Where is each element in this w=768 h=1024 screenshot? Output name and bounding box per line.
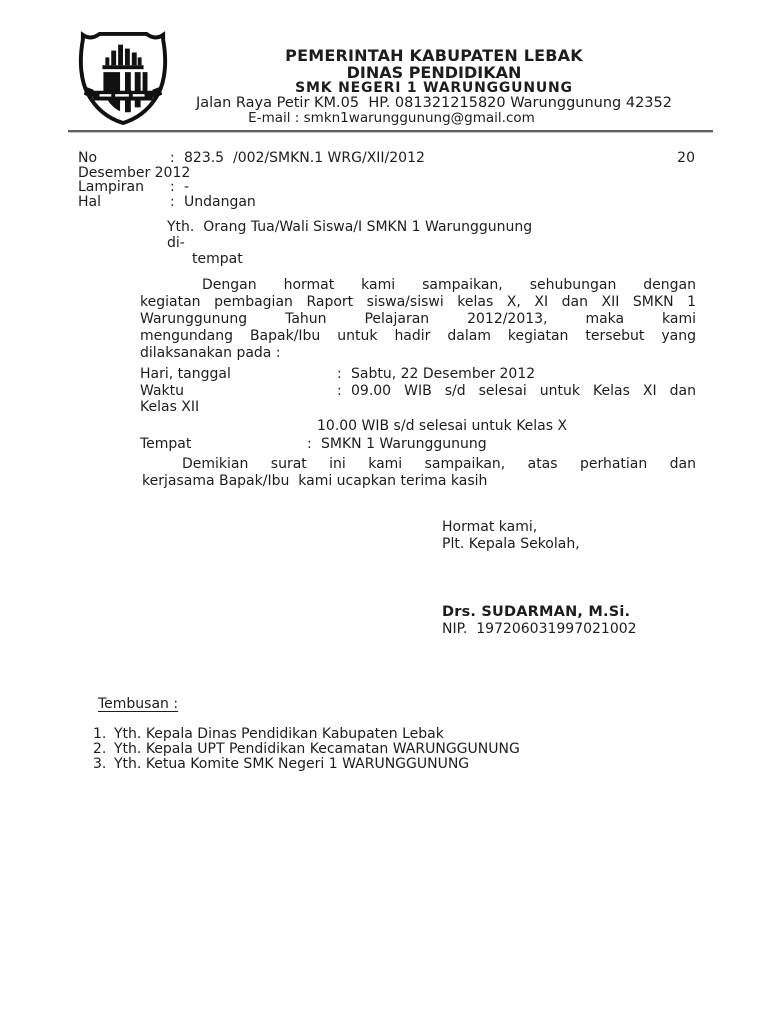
body-paragraph-1: Dengan hormat kami sampaikan, sehubungan… — [140, 277, 696, 362]
hari-label: Hari, tanggal — [140, 366, 337, 383]
colon: : — [307, 436, 321, 453]
letterhead-text: PEMERINTAH KABUPATEN LEBAK DINAS PENDIDI… — [155, 42, 713, 126]
item-number: 1. — [93, 727, 114, 742]
tembusan-item: 2. Yth. Kepala UPT Pendidikan Kecamatan … — [93, 742, 520, 757]
colon: : — [170, 180, 184, 195]
letterhead-address: Jalan Raya Petir KM.05 HP. 081321215820 … — [155, 96, 713, 111]
tembusan-block: Tembusan : 1. Yth. Kepala Dinas Pendidik… — [93, 697, 520, 772]
signature-block: Hormat kami, Plt. Kepala Sekolah, Drs. S… — [442, 519, 637, 638]
department-name: DINAS PENDIDIKAN — [155, 64, 713, 81]
signature-salutation: Hormat kami, — [442, 519, 637, 536]
recipient-block: Yth. Orang Tua/Wali Siswa/I SMKN 1 Warun… — [167, 219, 532, 267]
spacer — [425, 151, 677, 166]
waktu-value: 09.00 WIB s/d selesai untuk Kelas XI dan — [351, 383, 696, 400]
tempat-value: SMKN 1 Warunggunung — [321, 436, 487, 453]
schedule-wrap-line: Kelas XII — [140, 399, 696, 416]
government-name: PEMERINTAH KABUPATEN LEBAK — [155, 42, 713, 64]
item-text: Yth. Kepala Dinas Pendidikan Kabupaten L… — [114, 727, 444, 742]
paragraph-line: kerjasama Bapak/Ibu kami ucapkan terima … — [142, 473, 696, 490]
hal-label: Hal — [78, 195, 170, 210]
letter-page: PEMERINTAH KABUPATEN LEBAK DINAS PENDIDI… — [0, 0, 768, 1024]
lampiran-value: - — [184, 180, 189, 195]
item-number: 3. — [93, 757, 114, 772]
item-text: Yth. Ketua Komite SMK Negeri 1 WARUNGGUN… — [114, 757, 469, 772]
hari-value: Sabtu, 22 Desember 2012 — [351, 366, 535, 383]
paragraph-line: kegiatan pembagian Raport siswa/siswi ke… — [140, 294, 696, 311]
colon: : — [337, 366, 351, 383]
letter-date-day: 20 — [677, 151, 695, 166]
closing-paragraph: Demikian surat ini kami sampaikan, atas … — [142, 456, 696, 490]
letter-number-row: No : 823.5 /002/SMKN.1 WRG/XII/2012 20 — [78, 151, 695, 166]
paragraph-line: Warunggunung Tahun Pelajaran 2012/2013, … — [140, 311, 696, 328]
schedule-row-tempat: Tempat : SMKN 1 Warunggunung — [140, 436, 696, 453]
colon: : — [170, 195, 184, 210]
signatory-nip: NIP. 197206031997021002 — [442, 621, 637, 638]
letter-number-label: No — [78, 151, 170, 166]
paragraph-line: mengundang Bapak/Ibu untuk hadir dalam k… — [140, 328, 696, 345]
tempat-label: Tempat — [140, 436, 307, 453]
paragraph-line: Demikian surat ini kami sampaikan, atas … — [142, 456, 696, 473]
colon: : — [337, 383, 351, 400]
recipient-di: di- — [167, 235, 532, 251]
tembusan-heading: Tembusan : — [98, 697, 520, 712]
letter-meta: No : 823.5 /002/SMKN.1 WRG/XII/2012 20 D… — [78, 151, 695, 209]
school-name: SMK NEGERI 1 WARUNGGUNUNG — [155, 81, 713, 96]
signatory-name: Drs. SUDARMAN, M.Si. — [442, 604, 637, 621]
hal-value: Undangan — [184, 195, 256, 210]
signature-title: Plt. Kepala Sekolah, — [442, 536, 637, 553]
lampiran-row: Lampiran : - — [78, 180, 695, 195]
schedule-block: Hari, tanggal : Sabtu, 22 Desember 2012 … — [140, 366, 696, 453]
lampiran-label: Lampiran — [78, 180, 170, 195]
schedule-time-line-2: 10.00 WIB s/d selesai untuk Kelas X — [317, 418, 696, 435]
letterhead-email: E-mail : smkn1warunggunung@gmail.com — [155, 111, 628, 126]
tembusan-item: 1. Yth. Kepala Dinas Pendidikan Kabupate… — [93, 727, 520, 742]
item-text: Yth. Kepala UPT Pendidikan Kecamatan WAR… — [114, 742, 520, 757]
recipient-place: tempat — [192, 251, 532, 267]
waktu-label: Waktu — [140, 383, 337, 400]
letterhead-divider — [68, 130, 713, 133]
item-number: 2. — [93, 742, 114, 757]
hal-row: Hal : Undangan — [78, 195, 695, 210]
schedule-row-waktu: Waktu : 09.00 WIB s/d selesai untuk Kela… — [140, 383, 696, 400]
tembusan-item: 3. Yth. Ketua Komite SMK Negeri 1 WARUNG… — [93, 757, 520, 772]
tembusan-list: 1. Yth. Kepala Dinas Pendidikan Kabupate… — [93, 727, 520, 772]
paragraph-line: Dengan hormat kami sampaikan, sehubungan… — [140, 277, 696, 294]
paragraph-line: dilaksanakan pada : — [140, 345, 696, 362]
letter-date-wrap: Desember 2012 — [78, 166, 695, 181]
colon: : — [170, 151, 184, 166]
schedule-row-hari: Hari, tanggal : Sabtu, 22 Desember 2012 — [140, 366, 696, 383]
recipient-line: Yth. Orang Tua/Wali Siswa/I SMKN 1 Warun… — [167, 219, 532, 235]
letter-number-value: 823.5 /002/SMKN.1 WRG/XII/2012 — [184, 151, 425, 166]
